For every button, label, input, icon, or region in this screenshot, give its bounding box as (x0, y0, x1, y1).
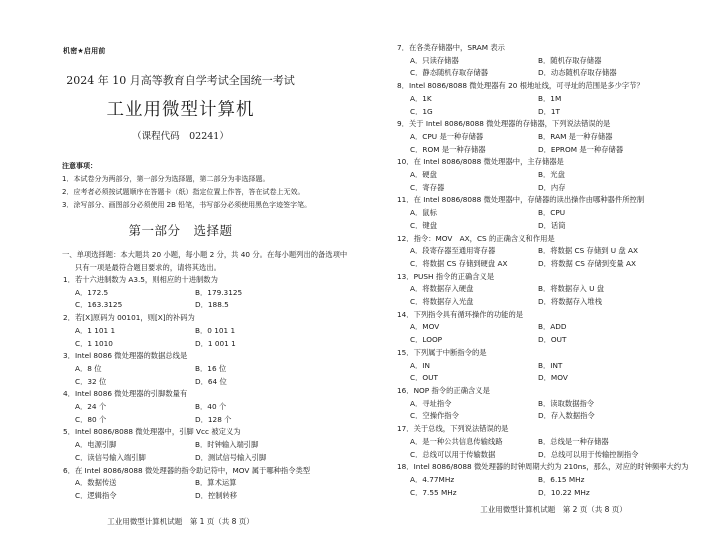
option-a: A．CPU 是一种存储器 (410, 131, 538, 144)
question-list: 1．若十六进制数为 A3.5，则相应的十进制数为 A．172.5 B．179.3… (63, 274, 353, 503)
option-a: A．24 个 (75, 401, 195, 414)
exam-page-1: 机密★启用前 2024 年 10 月高等教育自学考试全国统一考试 工业用微型计算… (0, 0, 361, 550)
options: A．IN B．INT C．OUT D．MOV (397, 360, 717, 385)
options: A．只读存储器 B．随机存取存储器 C．静态随机存取存储器 D．动态随机存取存储… (397, 55, 717, 80)
option-a: A．MOV (410, 321, 538, 334)
question-stem: 15．下列属于中断指令的是 (397, 347, 717, 360)
question-stem: 4．Intel 8086 微处理器的引脚数量有 (63, 388, 353, 401)
question-4: 4．Intel 8086 微处理器的引脚数量有 A．24 个 B．40 个 C．… (63, 388, 353, 426)
question-3: 3．Intel 8086 微处理器的数据总线是 A．8 位 B．16 位 C．3… (63, 350, 353, 388)
question-11: 11．在 Intel 8086/8088 微处理器中，存储器的读出操作由哪种器件… (397, 194, 717, 232)
option-d: D．10.22 MHz (538, 487, 717, 500)
option-a: A．1K (410, 93, 538, 106)
option-d: D．存入数据指令 (538, 410, 717, 423)
options: A．寻址指令 B．读取数据指令 C．空操作指令 D．存入数据指令 (397, 398, 717, 423)
option-b: B．光盘 (538, 169, 717, 182)
option-b: B．INT (538, 360, 717, 373)
option-d: D．将数据 CS 存储到变量 AX (538, 258, 717, 271)
question-6: 6．在 Intel 8086/8088 微处理器的指令助记符中，MOV 属于哪种… (63, 465, 353, 503)
option-a: A．IN (410, 360, 538, 373)
question-stem: 17．关于总线，下列说法错误的是 (397, 423, 717, 436)
option-c: C．总线可以用于传输数据 (410, 449, 538, 462)
question-list: 7．在各类存储器中，SRAM 表示 A．只读存储器 B．随机存取存储器 C．静态… (397, 42, 717, 499)
option-a: A．172.5 (75, 287, 195, 300)
page-footer: 工业用微型计算机试题 第 1 页（共 8 页） (0, 516, 361, 527)
options: A．4.77MHz B．6.15 MHz C．7.55 MHz D．10.22 … (397, 474, 717, 499)
options: A．24 个 B．40 个 C．80 个 D．128 个 (63, 401, 353, 426)
option-a: A．8 位 (75, 363, 195, 376)
option-d: D．控制转移 (195, 490, 353, 503)
option-c: C．寄存器 (410, 182, 538, 195)
section-intro-line: 一、单项选择题：本大题共 20 小题，每小题 2 分，共 40 分。在每小题列出… (62, 250, 347, 259)
question-8: 8．Intel 8086/8088 微处理器有 20 根地址线，可寻址的范围是多… (397, 80, 717, 118)
question-5: 5．Intel 8086/8088 微处理器中，引脚 Vcc 被定义为 A．电源… (63, 426, 353, 464)
option-c: C．OUT (410, 372, 538, 385)
options: A．将数据存入硬盘 B．将数据存入 U 盘 C．将数据存入光盘 D．将数据存入堆… (397, 283, 717, 308)
option-b: B．0 101 1 (195, 325, 353, 338)
question-12: 12．指令：MOV AX，CS 的正确含义和作用是 A．段寄存器至通用寄存器 B… (397, 233, 717, 271)
exam-heading: 2024 年 10 月高等教育自学考试全国统一考试 (0, 72, 361, 88)
section-intro: 一、单项选择题：本大题共 20 小题，每小题 2 分，共 40 分。在每小题列出… (62, 248, 352, 274)
question-stem: 5．Intel 8086/8088 微处理器中，引脚 Vcc 被定义为 (63, 426, 353, 439)
option-c: C．静态随机存取存储器 (410, 67, 538, 80)
option-b: B．将数据 CS 存储到 U 盘 AX (538, 245, 717, 258)
option-a: A．1 101 1 (75, 325, 195, 338)
option-c: C．1G (410, 106, 538, 119)
options: A．8 位 B．16 位 C．32 位 D．64 位 (63, 363, 353, 388)
question-13: 13．PUSH 指令的正确含义是 A．将数据存入硬盘 B．将数据存入 U 盘 C… (397, 271, 717, 309)
option-d: D．OUT (538, 334, 717, 347)
option-d: D．EPROM 是一种存储器 (538, 144, 717, 157)
option-c: C．读信号输入端引脚 (75, 452, 195, 465)
option-a: A．是一种公共信息传输线路 (410, 436, 538, 449)
question-17: 17．关于总线，下列说法错误的是 A．是一种公共信息传输线路 B．总线是一种存储… (397, 423, 717, 461)
options: A．CPU 是一种存储器 B．RAM 是一种存储器 C．ROM 是一种存储器 D… (397, 131, 717, 156)
options: A．鼠标 B．CPU C．键盘 D．话筒 (397, 207, 717, 232)
option-a: A．电源引脚 (75, 439, 195, 452)
question-7: 7．在各类存储器中，SRAM 表示 A．只读存储器 B．随机存取存储器 C．静态… (397, 42, 717, 80)
option-d: D．动态随机存取存储器 (538, 67, 717, 80)
question-1: 1．若十六进制数为 A3.5，则相应的十进制数为 A．172.5 B．179.3… (63, 274, 353, 312)
option-b: B．读取数据指令 (538, 398, 717, 411)
question-9: 9．关于 Intel 8086/8088 微处理器的存储器，下列说法错误的是 A… (397, 118, 717, 156)
question-stem: 3．Intel 8086 微处理器的数据总线是 (63, 350, 353, 363)
option-a: A．只读存储器 (410, 55, 538, 68)
options: A．是一种公共信息传输线路 B．总线是一种存储器 C．总线可以用于传输数据 D．… (397, 436, 717, 461)
question-stem: 9．关于 Intel 8086/8088 微处理器的存储器，下列说法错误的是 (397, 118, 717, 131)
question-14: 14．下列指令具有循环操作的功能的是 A．MOV B．ADD C．LOOP D．… (397, 309, 717, 347)
question-stem: 11．在 Intel 8086/8088 微处理器中，存储器的读出操作由哪种器件… (397, 194, 717, 207)
question-stem: 2．若[X]原码为 00101，则[X]的补码为 (63, 312, 353, 325)
option-d: D．话筒 (538, 220, 717, 233)
option-c: C．ROM 是一种存储器 (410, 144, 538, 157)
options: A．1K B．1M C．1G D．1T (397, 93, 717, 118)
exam-page-2: 7．在各类存储器中，SRAM 表示 A．只读存储器 B．随机存取存储器 C．静态… (385, 0, 722, 550)
option-b: B．时钟输入端引脚 (195, 439, 353, 452)
option-b: B．总线是一种存储器 (538, 436, 717, 449)
option-c: C．7.55 MHz (410, 487, 538, 500)
question-stem: 7．在各类存储器中，SRAM 表示 (397, 42, 717, 55)
option-d: D．MOV (538, 372, 717, 385)
option-b: B．1M (538, 93, 717, 106)
note-item: 1．本试卷分为两部分，第一部分为选择题，第二部分为非选择题。 (62, 173, 311, 186)
option-b: B．40 个 (195, 401, 353, 414)
option-b: B．CPU (538, 207, 717, 220)
question-stem: 1．若十六进制数为 A3.5，则相应的十进制数为 (63, 274, 353, 287)
section-intro-line: 只有一项是最符合题目要求的，请将其选出。 (62, 261, 352, 274)
option-a: A．数据传送 (75, 477, 195, 490)
question-stem: 16．NOP 指令的正确含义是 (397, 385, 717, 398)
note-item: 2．应考者必须按试题顺序在答题卡（纸）指定位置上作答，答在试卷上无效。 (62, 186, 311, 199)
option-b: B．将数据存入 U 盘 (538, 283, 717, 296)
option-c: C．80 个 (75, 414, 195, 427)
option-b: B．算术运算 (195, 477, 353, 490)
confidential-label: 机密★启用前 (63, 46, 105, 56)
option-c: C．逻辑指令 (75, 490, 195, 503)
subject-title: 工业用微型计算机 (0, 96, 361, 121)
option-b: B．16 位 (195, 363, 353, 376)
option-d: D．总线可以用于传输控制指令 (538, 449, 717, 462)
options: A．电源引脚 B．时钟输入端引脚 C．读信号输入端引脚 D．测试信号输入引脚 (63, 439, 353, 464)
option-b: B．RAM 是一种存储器 (538, 131, 717, 144)
question-2: 2．若[X]原码为 00101，则[X]的补码为 A．1 101 1 B．0 1… (63, 312, 353, 350)
option-c: C．将数据 CS 存储到硬盘 AX (410, 258, 538, 271)
question-stem: 14．下列指令具有循环操作的功能的是 (397, 309, 717, 322)
option-d: D．64 位 (195, 376, 353, 389)
option-b: B．ADD (538, 321, 717, 334)
option-a: A．寻址指令 (410, 398, 538, 411)
notes-title: 注意事项： (62, 160, 311, 173)
options: A．数据传送 B．算术运算 C．逻辑指令 D．控制转移 (63, 477, 353, 502)
option-a: A．段寄存器至通用寄存器 (410, 245, 538, 258)
options: A．段寄存器至通用寄存器 B．将数据 CS 存储到 U 盘 AX C．将数据 C… (397, 245, 717, 270)
option-c: C．将数据存入光盘 (410, 296, 538, 309)
option-c: C．空操作指令 (410, 410, 538, 423)
note-item: 3．涂写部分、画图部分必须使用 2B 铅笔，书写部分必须使用黑色字迹签字笔。 (62, 199, 311, 212)
question-stem: 6．在 Intel 8086/8088 微处理器的指令助记符中，MOV 属于哪种… (63, 465, 353, 478)
question-16: 16．NOP 指令的正确含义是 A．寻址指令 B．读取数据指令 C．空操作指令 … (397, 385, 717, 423)
option-b: B．179.3125 (195, 287, 353, 300)
notes-section: 注意事项： 1．本试卷分为两部分，第一部分为选择题，第二部分为非选择题。 2．应… (62, 160, 311, 212)
option-c: C．163.3125 (75, 299, 195, 312)
question-18: 18．Intel 8086/8088 微处理器的时钟周期大约为 210ns，那么… (397, 461, 717, 499)
option-d: D．将数据存入堆栈 (538, 296, 717, 309)
options: A．MOV B．ADD C．LOOP D．OUT (397, 321, 717, 346)
option-a: A．将数据存入硬盘 (410, 283, 538, 296)
question-15: 15．下列属于中断指令的是 A．IN B．INT C．OUT D．MOV (397, 347, 717, 385)
option-d: D．1 001 1 (195, 338, 353, 351)
option-d: D．测试信号输入引脚 (195, 452, 353, 465)
option-b: B．随机存取存储器 (538, 55, 717, 68)
option-c: C．键盘 (410, 220, 538, 233)
question-stem: 10．在 Intel 8086/8088 微处理器中，主存储器是 (397, 156, 717, 169)
option-a: A．4.77MHz (410, 474, 538, 487)
option-d: D．188.5 (195, 299, 353, 312)
options: A．1 101 1 B．0 101 1 C．1 1010 D．1 001 1 (63, 325, 353, 350)
course-code: （课程代码 02241） (0, 128, 361, 142)
options: A．172.5 B．179.3125 C．163.3125 D．188.5 (63, 287, 353, 312)
option-c: C．32 位 (75, 376, 195, 389)
option-c: C．LOOP (410, 334, 538, 347)
options: A．硬盘 B．光盘 C．寄存器 D．内存 (397, 169, 717, 194)
question-stem: 12．指令：MOV AX，CS 的正确含义和作用是 (397, 233, 717, 246)
question-10: 10．在 Intel 8086/8088 微处理器中，主存储器是 A．硬盘 B．… (397, 156, 717, 194)
question-stem: 8．Intel 8086/8088 微处理器有 20 根地址线，可寻址的范围是多… (397, 80, 717, 93)
option-b: B．6.15 MHz (538, 474, 717, 487)
option-d: D．128 个 (195, 414, 353, 427)
page-footer: 工业用微型计算机试题 第 2 页（共 8 页） (385, 504, 722, 515)
option-c: C．1 1010 (75, 338, 195, 351)
part-title: 第一部分 选择题 (0, 221, 361, 239)
option-d: D．内存 (538, 182, 717, 195)
option-a: A．鼠标 (410, 207, 538, 220)
option-a: A．硬盘 (410, 169, 538, 182)
question-stem: 18．Intel 8086/8088 微处理器的时钟周期大约为 210ns，那么… (397, 461, 717, 474)
option-d: D．1T (538, 106, 717, 119)
question-stem: 13．PUSH 指令的正确含义是 (397, 271, 717, 284)
